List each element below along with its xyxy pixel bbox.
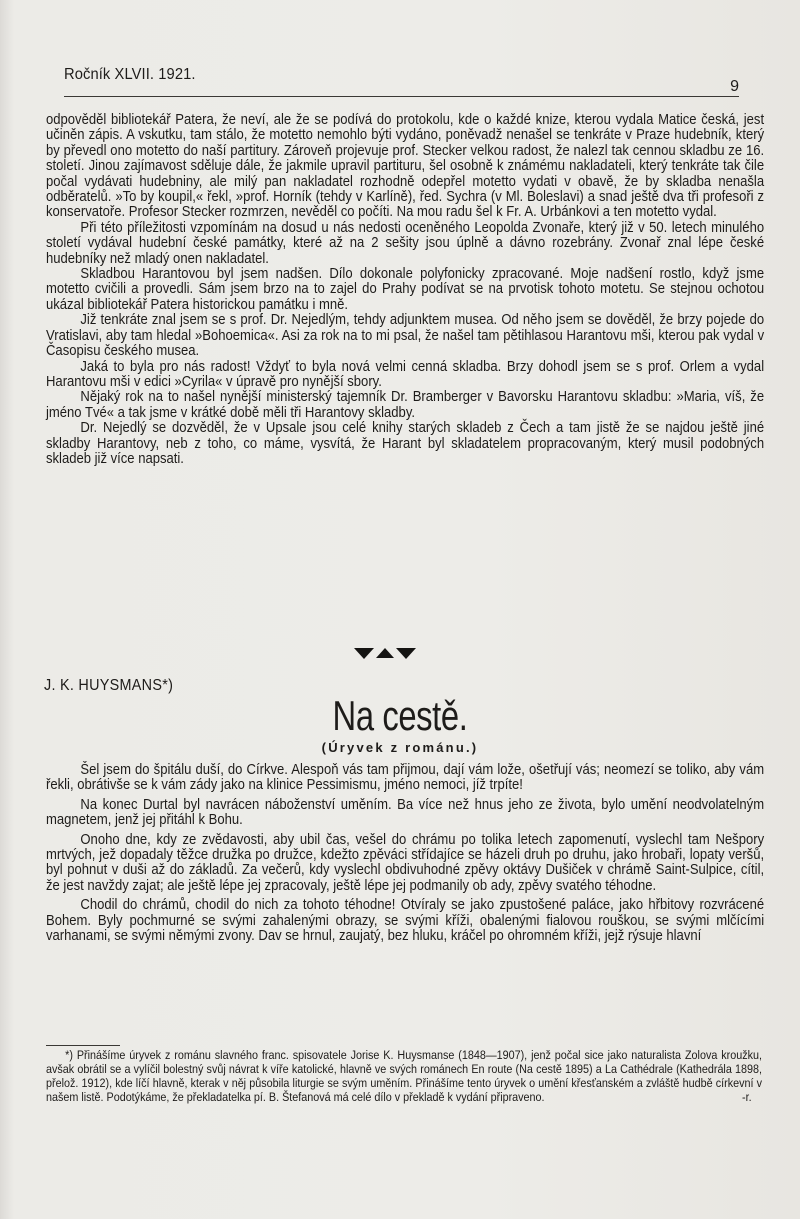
article-continuation: odpověděl bibliotekář Patera, že neví, a… xyxy=(46,112,764,466)
triangle-down-icon xyxy=(354,648,374,659)
paragraph: Dr. Nejedlý se dozvěděl, že v Upsale jso… xyxy=(46,420,764,466)
footnote-divider xyxy=(46,1045,120,1046)
article-title: Na cestě. xyxy=(88,692,712,740)
article-subtitle: (Úryvek z románu.) xyxy=(0,740,800,755)
paragraph: Na konec Durtal byl navrácen náboženství… xyxy=(46,797,764,828)
paragraph: Již tenkráte znal jsem se s prof. Dr. Ne… xyxy=(46,312,764,358)
paragraph: Onoho dne, kdy ze zvědavosti, aby ubil č… xyxy=(46,832,764,894)
paragraph: Jaká to byla pro nás radost! Vždyť to by… xyxy=(46,359,764,390)
paragraph: Chodil do chrámů, chodil do nich za toho… xyxy=(46,897,764,943)
paragraph: Šel jsem do špitálu duší, do Církve. Ale… xyxy=(46,762,764,793)
running-head: Ročník XLVII. 1921. 9 xyxy=(64,66,739,97)
paragraph: odpověděl bibliotekář Patera, že neví, a… xyxy=(46,112,764,220)
paragraph: Při této příležitosti vzpomínám na dosud… xyxy=(46,220,764,266)
triangle-ornament-icon xyxy=(350,645,420,661)
paragraph: Nějaký rok na to našel nynější ministers… xyxy=(46,389,764,420)
triangle-down-icon xyxy=(396,648,416,659)
document-page: Ročník XLVII. 1921. 9 odpověděl bibliote… xyxy=(0,0,800,1219)
article-body: Šel jsem do špitálu duší, do Církve. Ale… xyxy=(46,762,764,947)
volume-year-header: Ročník XLVII. 1921. xyxy=(64,66,196,84)
paragraph: Skladbou Harantovou byl jsem nadšen. Díl… xyxy=(46,266,764,312)
footnote: *) Přinášíme úryvek z románu slavného fr… xyxy=(46,1048,762,1104)
page-number: 9 xyxy=(730,78,739,96)
triangle-up-icon xyxy=(376,648,394,658)
